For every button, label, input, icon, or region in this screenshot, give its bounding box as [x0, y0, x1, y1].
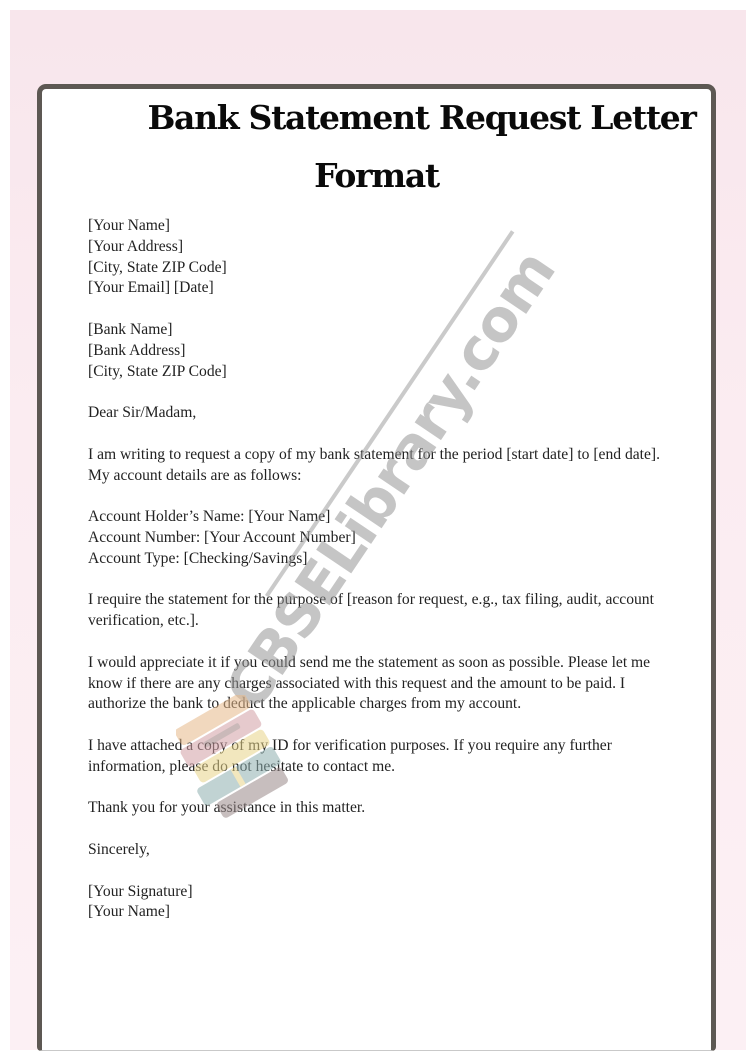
letter-card: Bank Statement Request Letter Format [Yo… [37, 84, 716, 1051]
bank-address: [Bank Address] [88, 341, 678, 362]
account-number: Account Number: [Your Account Number] [88, 528, 678, 549]
request-line-1: I am writing to request a copy of my ban… [88, 445, 678, 466]
title-line-2: Format [42, 147, 711, 205]
title-line-1: Bank Statement Request Letter [42, 89, 711, 147]
recipient-block: [Bank Name] [Bank Address] [City, State … [88, 320, 678, 382]
sender-city: [City, State ZIP Code] [88, 258, 678, 279]
thanks-paragraph: Thank you for your assistance in this ma… [88, 798, 678, 819]
bank-city: [City, State ZIP Code] [88, 362, 678, 383]
attachment-paragraph: I have attached a copy of my ID for veri… [88, 736, 678, 778]
account-type: Account Type: [Checking/Savings] [88, 549, 678, 570]
account-details: Account Holder’s Name: [Your Name] Accou… [88, 507, 678, 569]
request-line-2: My account details are as follows: [88, 466, 678, 487]
letter-body: [Your Name] [Your Address] [City, State … [88, 216, 678, 944]
sender-name: [Your Name] [88, 216, 678, 237]
closing: Sincerely, [88, 840, 678, 861]
request-paragraph: I am writing to request a copy of my ban… [88, 445, 678, 487]
sender-email-date: [Your Email] [Date] [88, 278, 678, 299]
page-title: Bank Statement Request Letter Format [42, 89, 711, 205]
sender-block: [Your Name] [Your Address] [City, State … [88, 216, 678, 299]
sender-address: [Your Address] [88, 237, 678, 258]
appreciation-paragraph: I would appreciate it if you could send … [88, 653, 678, 715]
purpose-paragraph: I require the statement for the purpose … [88, 590, 678, 632]
signature: [Your Signature] [88, 882, 678, 903]
signature-block: [Your Signature] [Your Name] [88, 882, 678, 924]
signer-name: [Your Name] [88, 902, 678, 923]
account-holder-name: Account Holder’s Name: [Your Name] [88, 507, 678, 528]
bank-name: [Bank Name] [88, 320, 678, 341]
